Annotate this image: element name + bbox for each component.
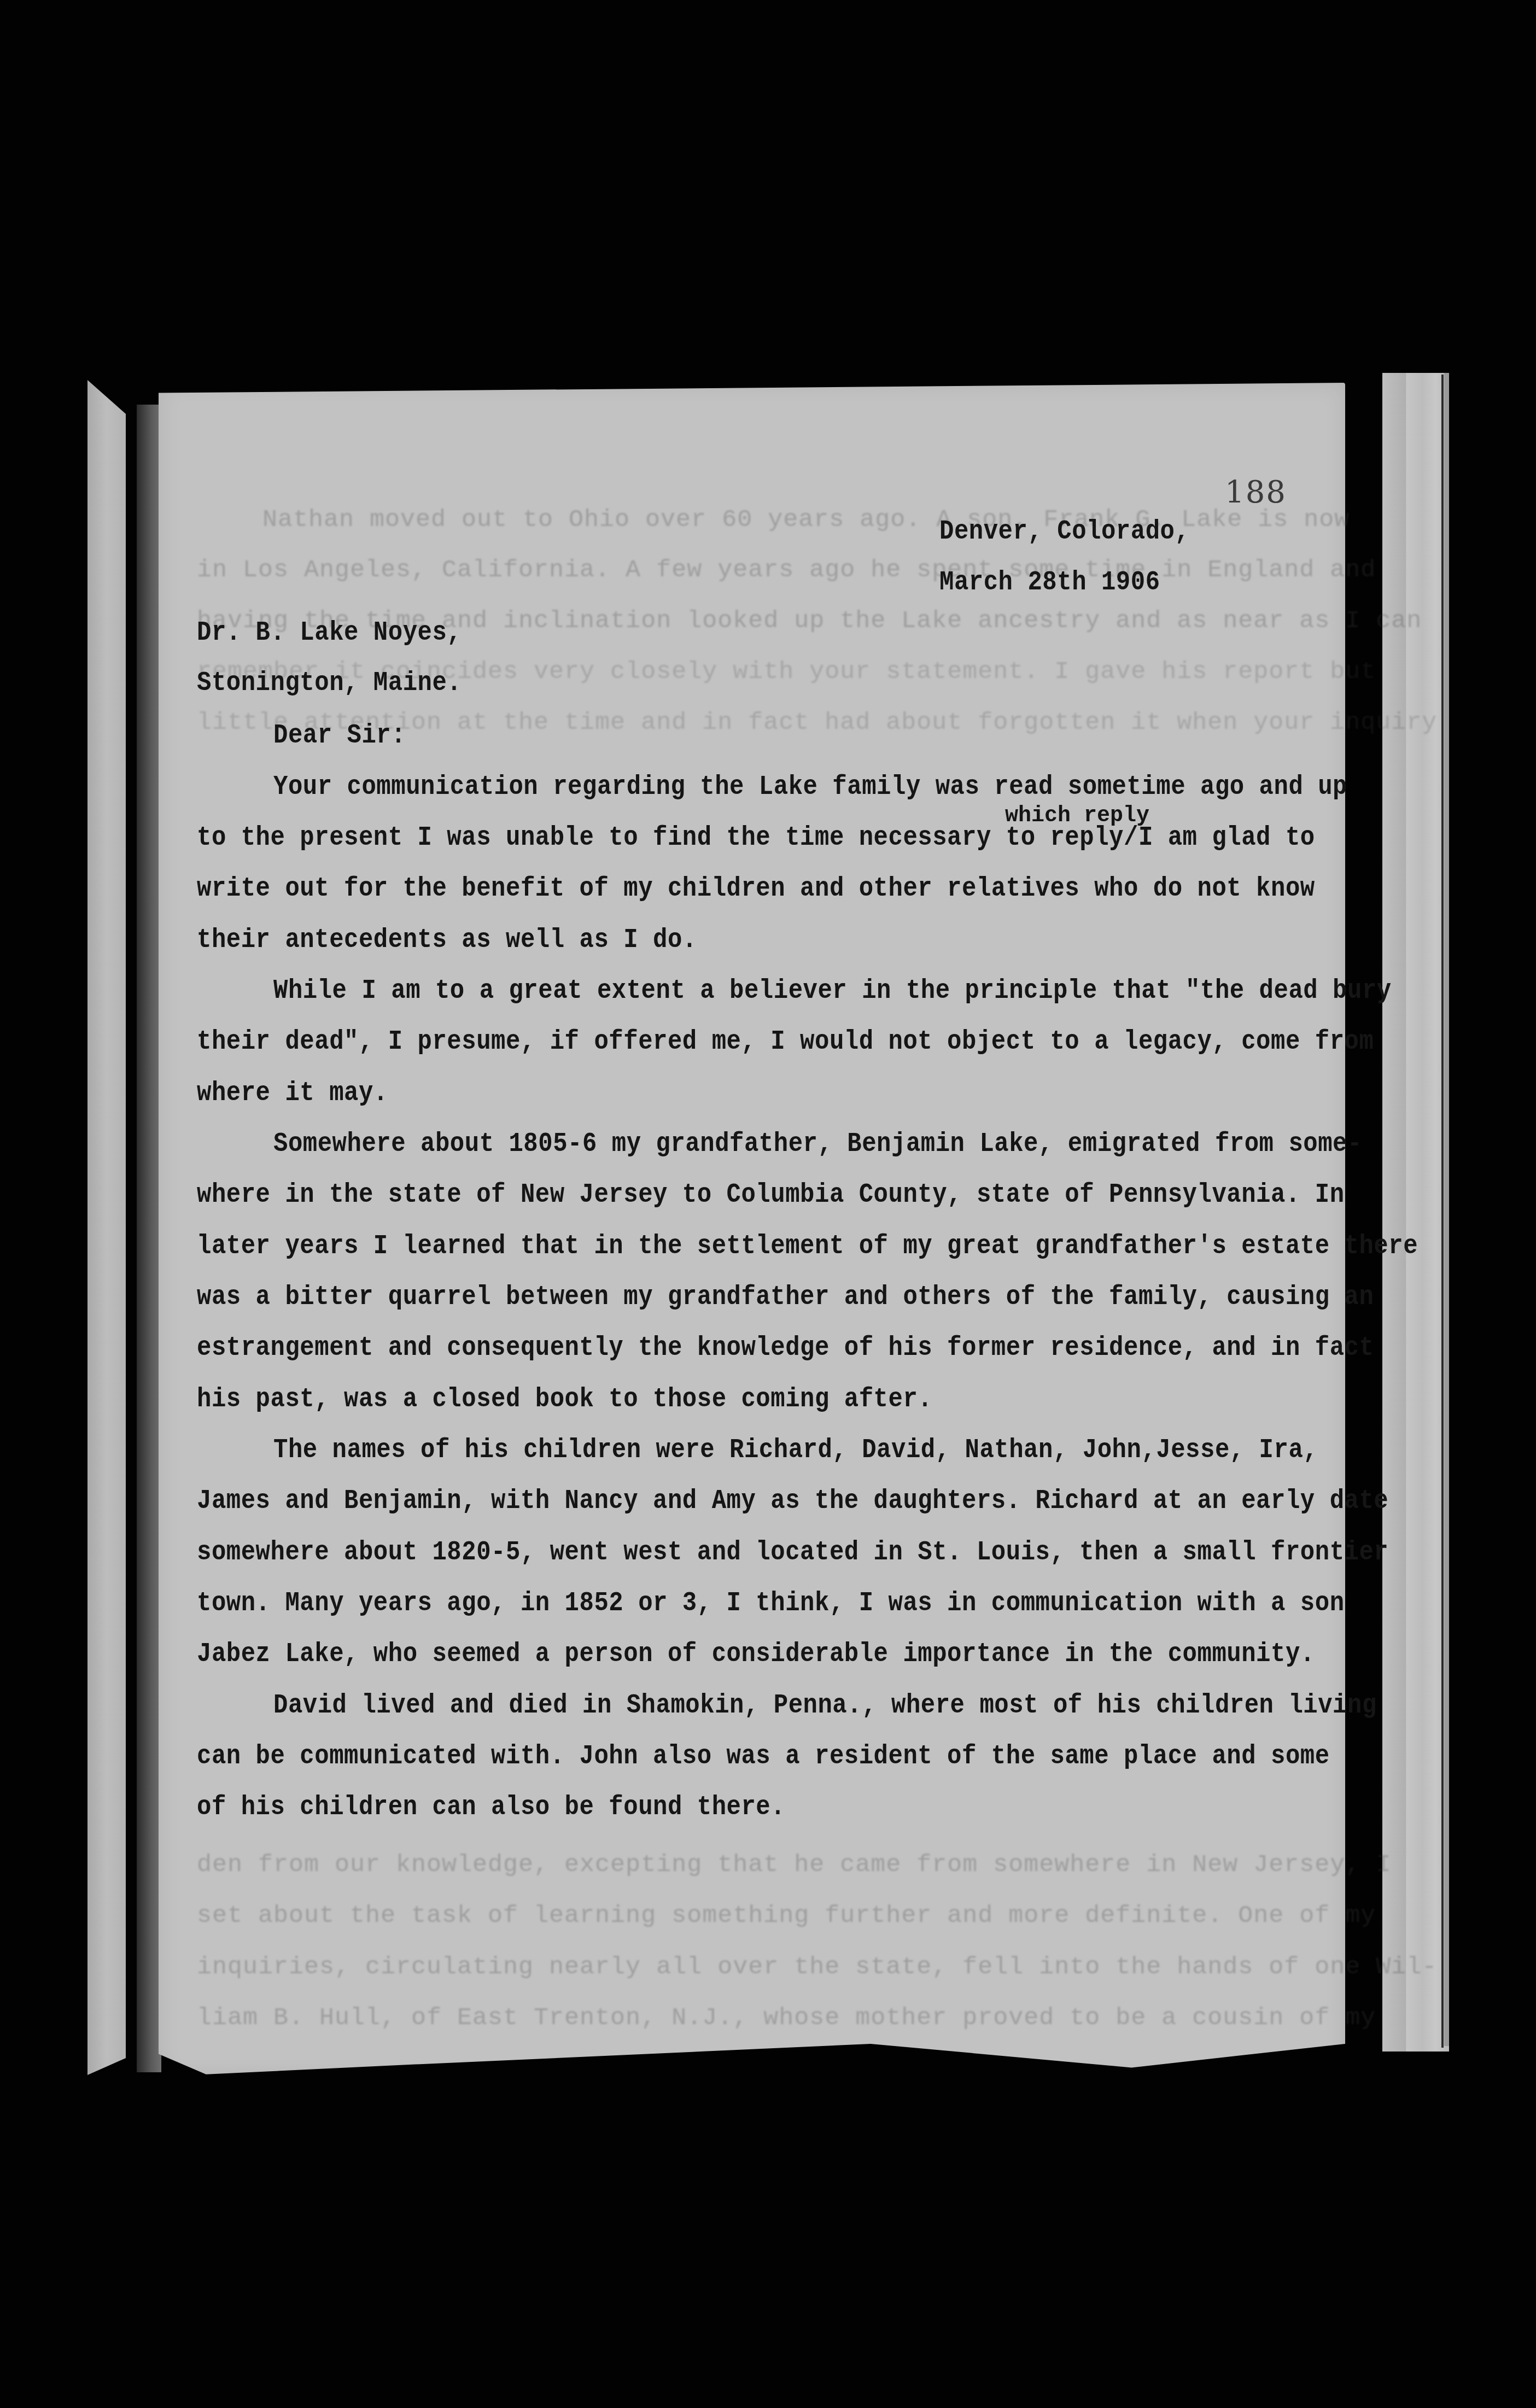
body-line: town. Many years ago, in 1852 or 3, I th… [197, 1588, 1345, 1619]
body-line: While I am to a great extent a believer … [273, 976, 1392, 1007]
letter-date: March 28th 1906 [939, 568, 1160, 598]
body-line: James and Benjamin, with Nancy and Amy a… [197, 1486, 1388, 1517]
binding-gutter-shadow [137, 405, 161, 2072]
body-line: to the present I was unable to find the … [197, 823, 1315, 854]
page-edge-outer [1444, 373, 1449, 2046]
bleed-through-line: in Los Angeles, California. A few years … [197, 556, 1376, 584]
salutation: Dear Sir: [273, 721, 406, 751]
body-line: can be communicated with. John also was … [197, 1741, 1330, 1772]
bleed-through-line: den from our knowledge, excepting that h… [197, 1851, 1391, 1879]
addressee-name: Dr. B. Lake Noyes, [197, 618, 462, 648]
letter-place: Denver, Colorado, [939, 517, 1189, 547]
body-line: David lived and died in Shamokin, Penna.… [273, 1691, 1377, 1721]
body-line: Somewhere about 1805-6 my grandfather, B… [273, 1129, 1362, 1160]
body-line: his past, was a closed book to those com… [197, 1384, 932, 1415]
body-line: of his children can also be found there. [197, 1792, 785, 1823]
body-line: estrangement and consequently the knowle… [197, 1333, 1374, 1364]
body-line: where it may. [197, 1078, 388, 1109]
body-line: Your communication regarding the Lake fa… [273, 772, 1347, 803]
bleed-through-line: liam B. Hull, of East Trenton, N.J., who… [197, 2004, 1376, 2032]
body-line: their dead", I presume, if offered me, I… [197, 1027, 1374, 1057]
body-line: somewhere about 1820-5, went west and lo… [197, 1538, 1388, 1568]
page-number: 188 [1225, 475, 1287, 510]
page-edge-line [1441, 375, 1444, 2048]
body-line: where in the state of New Jersey to Colu… [197, 1180, 1345, 1211]
body-line: Jabez Lake, who seemed a person of consi… [197, 1639, 1315, 1670]
body-line: was a bitter quarrel between my grandfat… [197, 1282, 1374, 1313]
body-line: The names of his children were Richard, … [273, 1435, 1318, 1466]
facing-page-edge [87, 380, 126, 2075]
bleed-through-line: inquiries, circulating nearly all over t… [197, 1953, 1437, 1981]
addressee-location: Stonington, Maine. [197, 668, 462, 699]
bleed-through-line: set about the task of learning something… [197, 1902, 1376, 1930]
body-line: write out for the benefit of my children… [197, 874, 1315, 904]
body-line: their antecedents as well as I do. [197, 925, 697, 956]
body-line: later years I learned that in the settle… [197, 1231, 1418, 1262]
